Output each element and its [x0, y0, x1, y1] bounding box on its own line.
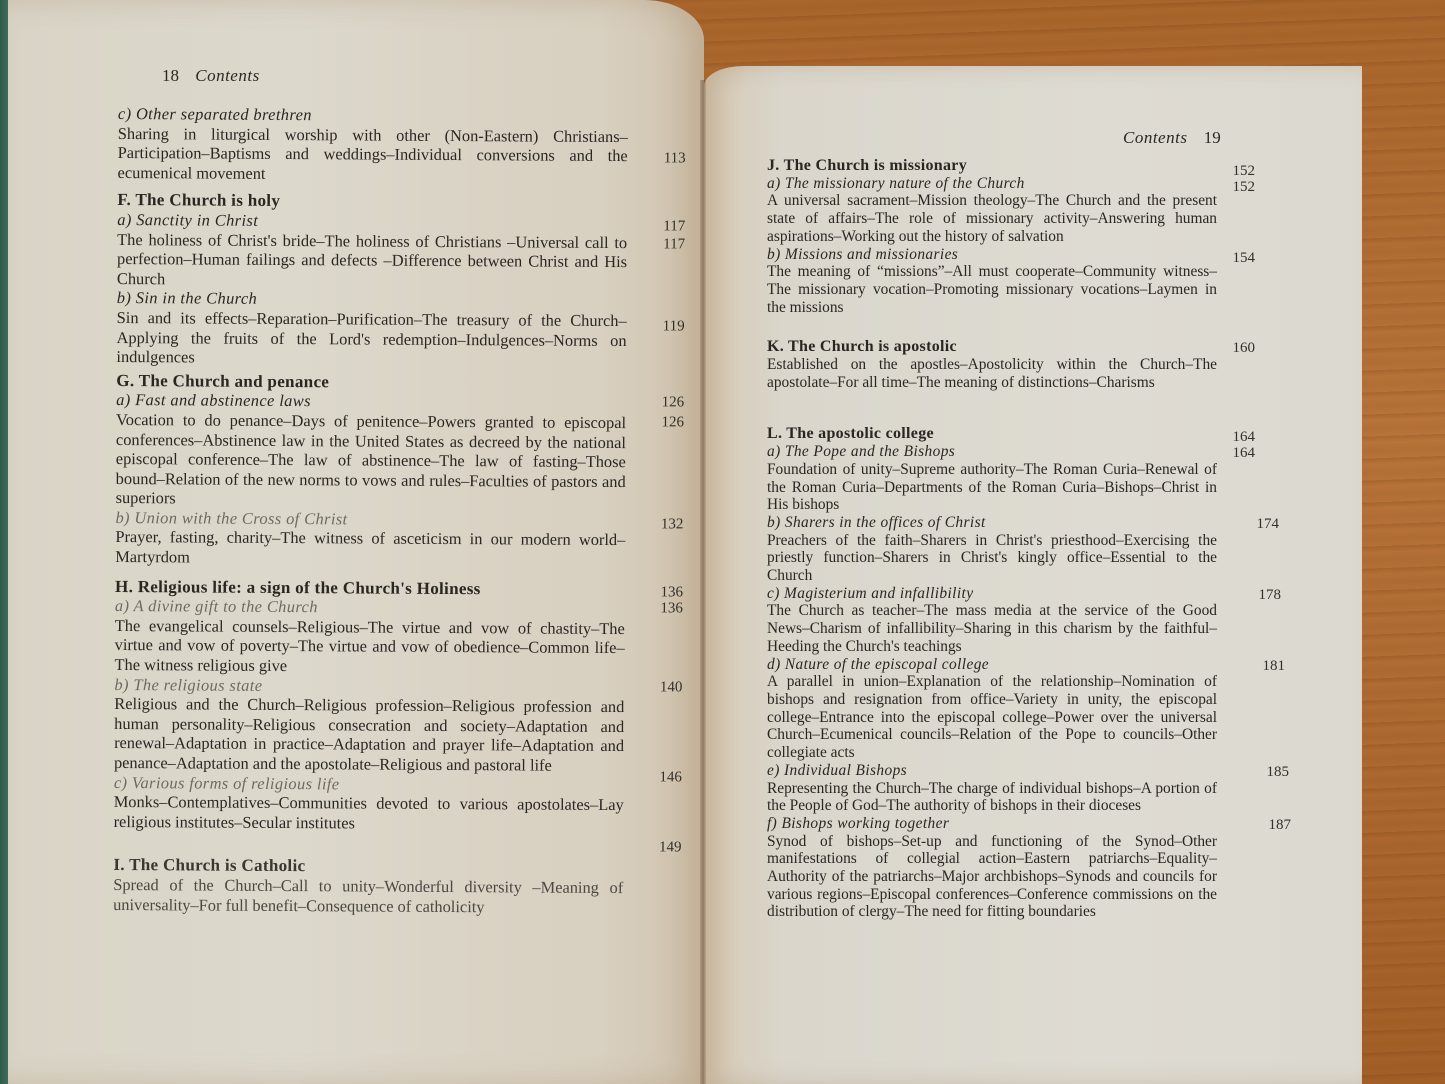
toc-entry: J. The Church is missionary 152	[767, 157, 1217, 175]
toc-section-title: J. The Church is missionary	[767, 157, 1217, 175]
toc-page-number: 136	[660, 600, 683, 620]
toc-entry: a) Fast and abstinence laws 126 Vocation…	[116, 390, 627, 511]
toc-page-number: 174	[1257, 516, 1280, 534]
toc-section-title: L. The apostolic college	[767, 425, 1217, 443]
left-toc: c) Other separated brethren Sharing in l…	[113, 104, 628, 917]
toc-entry: c) Magisterium and infallibility 178 The…	[767, 585, 1217, 656]
toc-page-number: 185	[1267, 764, 1290, 782]
toc-entry: b) Sharers in the offices of Christ 174 …	[767, 514, 1217, 585]
toc-entry: c) Various forms of religious life 146 M…	[114, 773, 624, 835]
toc-page-number: 126	[662, 413, 685, 433]
toc-page-number: 181	[1263, 658, 1286, 676]
toc-description: The holiness of Christ's bride–The holin…	[117, 230, 627, 292]
toc-description: Monks–Contemplatives–Communities devoted…	[114, 792, 624, 834]
toc-subsection-title: a) The Pope and the Bishops	[767, 443, 1217, 461]
toc-entry: b) Sin in the Church Sin and its effects…	[116, 288, 626, 369]
left-page-number: 18	[162, 66, 179, 85]
book-gutter	[700, 80, 706, 1084]
toc-description: Representing the Church–The charge of in…	[767, 780, 1217, 815]
right-running-head: Contents 19	[1123, 128, 1221, 148]
left-running-head-title: Contents	[195, 66, 259, 85]
toc-page-number: 119	[663, 317, 685, 337]
toc-page-number: 160	[1233, 340, 1256, 358]
toc-description: Sharing in liturgical worship with other…	[118, 124, 628, 186]
toc-description: Synod of bishops–Set-up and functioning …	[767, 833, 1217, 922]
toc-entry: K. The Church is apostolic 160 Establish…	[767, 338, 1217, 391]
toc-subsection-title: b) Sharers in the offices of Christ	[767, 514, 1217, 532]
toc-entry: a) Sanctity in Christ 117 The holiness o…	[117, 210, 627, 291]
toc-page-number: 178	[1259, 587, 1282, 605]
toc-section-title: K. The Church is apostolic	[767, 338, 1217, 356]
toc-subsection-title: f) Bishops working together	[767, 815, 1217, 833]
toc-entry: d) Nature of the episcopal college 181 A…	[767, 656, 1217, 762]
toc-subsection-title: b) Missions and missionaries	[767, 246, 1217, 264]
toc-page-number: 187	[1269, 817, 1292, 835]
toc-page-number: 140	[660, 678, 683, 698]
toc-description: Foundation of unity–Supreme authority–Th…	[767, 461, 1217, 514]
toc-description: Established on the apostles–Apostolicity…	[767, 356, 1217, 391]
toc-description: Sin and its effects–Reparation–Purificat…	[116, 308, 626, 370]
toc-page-number: 113	[664, 149, 686, 169]
toc-page-number: 164	[1233, 445, 1256, 463]
toc-description: Preachers of the faith–Sharers in Christ…	[767, 532, 1217, 585]
toc-page-number: 154	[1233, 250, 1256, 268]
right-page-number: 19	[1204, 128, 1221, 147]
toc-description: The meaning of “missions”–All must coope…	[767, 263, 1217, 316]
toc-description: Prayer, fasting, charity–The witness of …	[115, 527, 625, 569]
toc-entry: b) The religious state 140 Religious and…	[114, 675, 625, 776]
toc-subsection-title: c) Magisterium and infallibility	[767, 585, 1217, 603]
toc-subsection-title: d) Nature of the episcopal college	[767, 656, 1217, 674]
toc-page-number: 152	[1233, 179, 1256, 197]
toc-entry: a) A divine gift to the Church 136 The e…	[115, 596, 625, 677]
toc-entry: L. The apostolic college 164	[767, 425, 1217, 443]
toc-entry: a) The Pope and the Bishops 164 Foundati…	[767, 443, 1217, 514]
toc-page-number: 149	[659, 839, 682, 859]
toc-entry: b) Missions and missionaries 154 The mea…	[767, 246, 1217, 317]
toc-description: A parallel in union–Explanation of the r…	[767, 673, 1217, 762]
toc-page-number: 126	[662, 394, 685, 414]
toc-entry: b) Union with the Cross of Christ 132 Pr…	[115, 508, 625, 570]
toc-entry: e) Individual Bishops 185 Representing t…	[767, 762, 1217, 815]
toc-page-number: 117	[663, 235, 685, 255]
toc-entry: c) Other separated brethren Sharing in l…	[118, 104, 628, 185]
toc-subsection-title: a) The missionary nature of the Church	[767, 175, 1217, 193]
toc-description: The Church as teacher–The mass media at …	[767, 602, 1217, 655]
toc-page-number: 132	[661, 515, 684, 535]
toc-description: The evangelical counsels–Religious–The v…	[115, 616, 625, 678]
toc-subsection-title: e) Individual Bishops	[767, 762, 1217, 780]
toc-description: Vocation to do penance–Days of penitence…	[116, 410, 627, 511]
left-running-head: 18 Contents	[162, 66, 260, 86]
toc-page-number: 146	[659, 768, 682, 788]
toc-entry: a) The missionary nature of the Church 1…	[767, 175, 1217, 246]
toc-description: A universal sacrament–Mission theology–T…	[767, 192, 1217, 245]
toc-entry: I. The Church is Catholic 149 Spread of …	[113, 855, 623, 917]
right-running-head-title: Contents	[1123, 128, 1187, 147]
toc-description: Spread of the Church–Call to unity–Wonde…	[113, 875, 623, 917]
toc-description: Religious and the Church–Religious profe…	[114, 694, 624, 775]
toc-entry: f) Bishops working together 187 Synod of…	[767, 815, 1217, 921]
right-toc: J. The Church is missionary 152 a) The m…	[767, 157, 1217, 921]
